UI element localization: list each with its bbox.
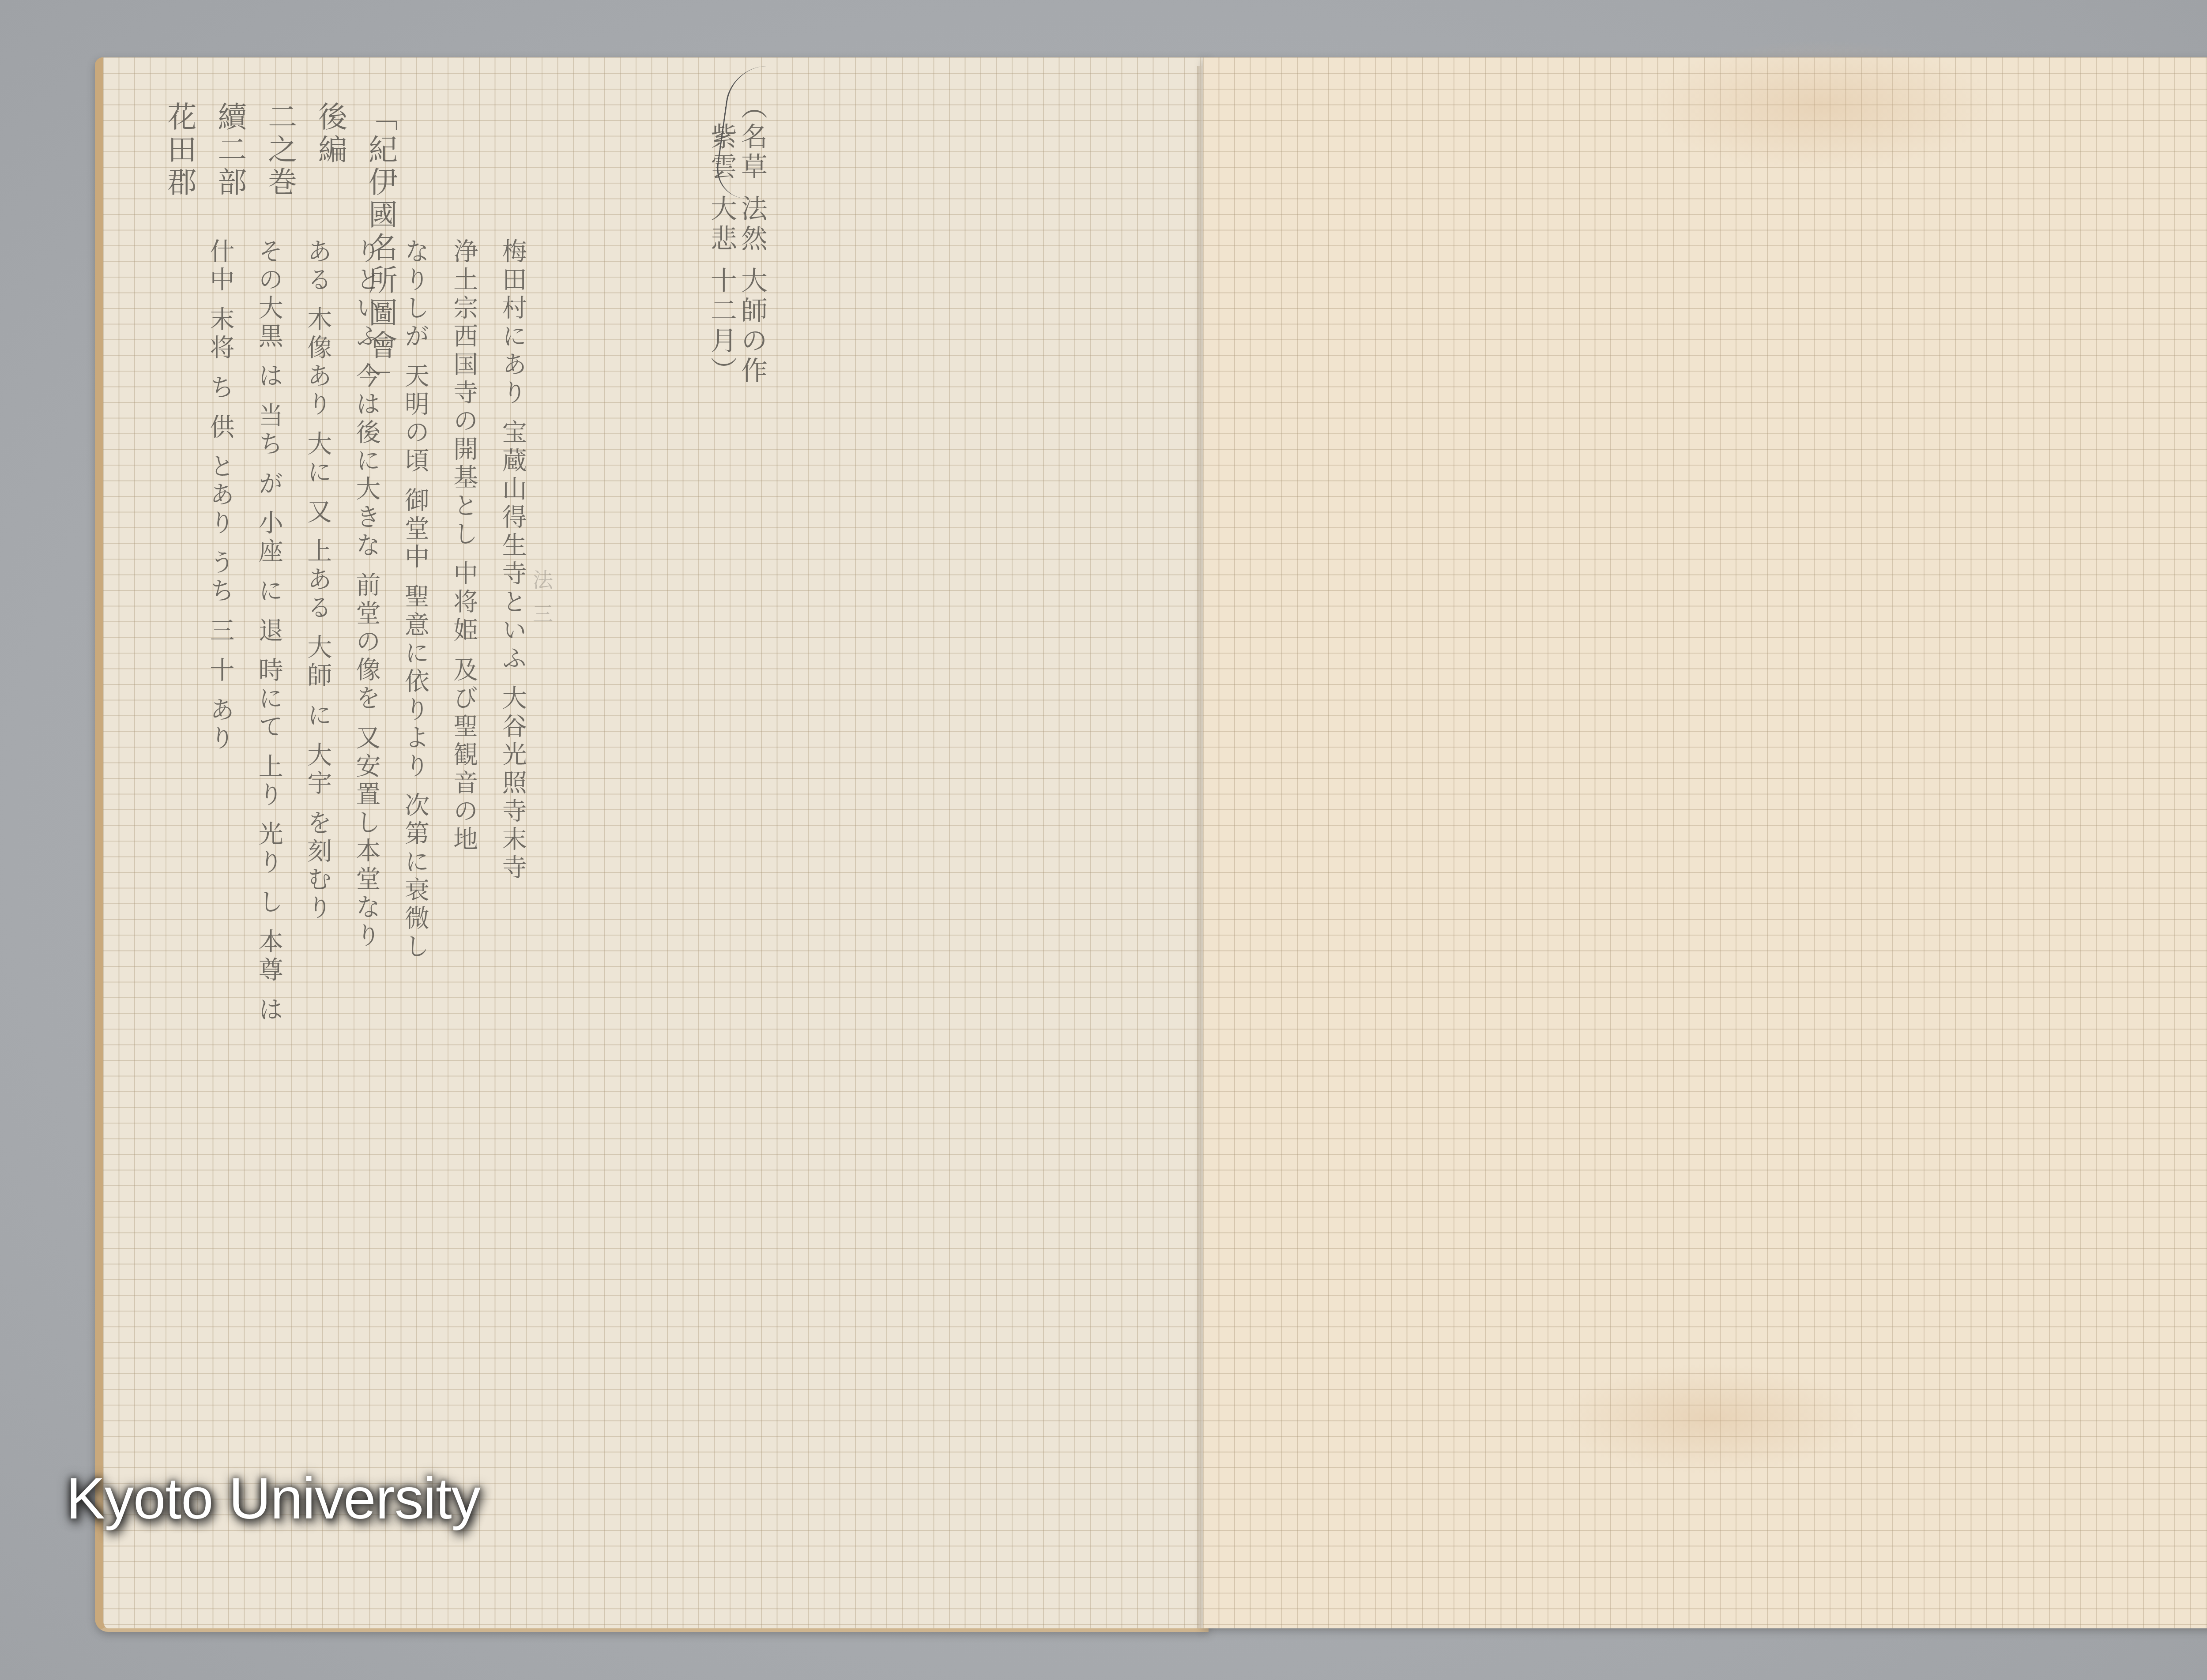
right-page xyxy=(1203,57,2207,1628)
manuscript-aside: （名草 法然 大師の作 紫雲 大悲 十二月） xyxy=(706,93,767,387)
body-line: 梅田村にあり 宝蔵山得生寺といふ 大谷光照寺末寺 xyxy=(498,238,526,1025)
body-line: その大黒 は 当ち が 小座 に 退 時にて 上り 光り し 本尊 は xyxy=(254,238,282,1025)
aside-line: 紫雲 大悲 十二月） xyxy=(706,93,737,387)
aside-line: （名草 法然 大師の作 xyxy=(737,93,767,387)
body-line: ある 木像あり 大に 又 上ある 大師 に 大宇 を刻むり xyxy=(303,238,331,1025)
body-line: なりしが 天明の頃 御堂中 聖意に依りより 次第に衰微し xyxy=(401,238,429,1025)
body-line: 浄土宗西国寺の開基とし 中将姫 及び聖観音の地 xyxy=(449,238,478,1025)
manuscript-body: 梅田村にあり 宝蔵山得生寺といふ 大谷光照寺末寺 浄土宗西国寺の開基とし 中将姫… xyxy=(185,238,527,1025)
body-line: 什中 末将 ち 供 とあり うち 三 十 あり xyxy=(206,238,234,1025)
body-line: りといふ 今は後に大きな 前堂の像を 又安置し本堂なり xyxy=(352,238,380,1025)
kyoto-university-watermark: Kyoto University xyxy=(66,1465,480,1532)
scan-background: 「紀伊國名所圖會」 後編 二之巻 續二部 花田郡 （名草 法然 大師の作 紫雲 … xyxy=(0,0,2207,1680)
faint-erased-note: 法 三 xyxy=(530,569,553,627)
